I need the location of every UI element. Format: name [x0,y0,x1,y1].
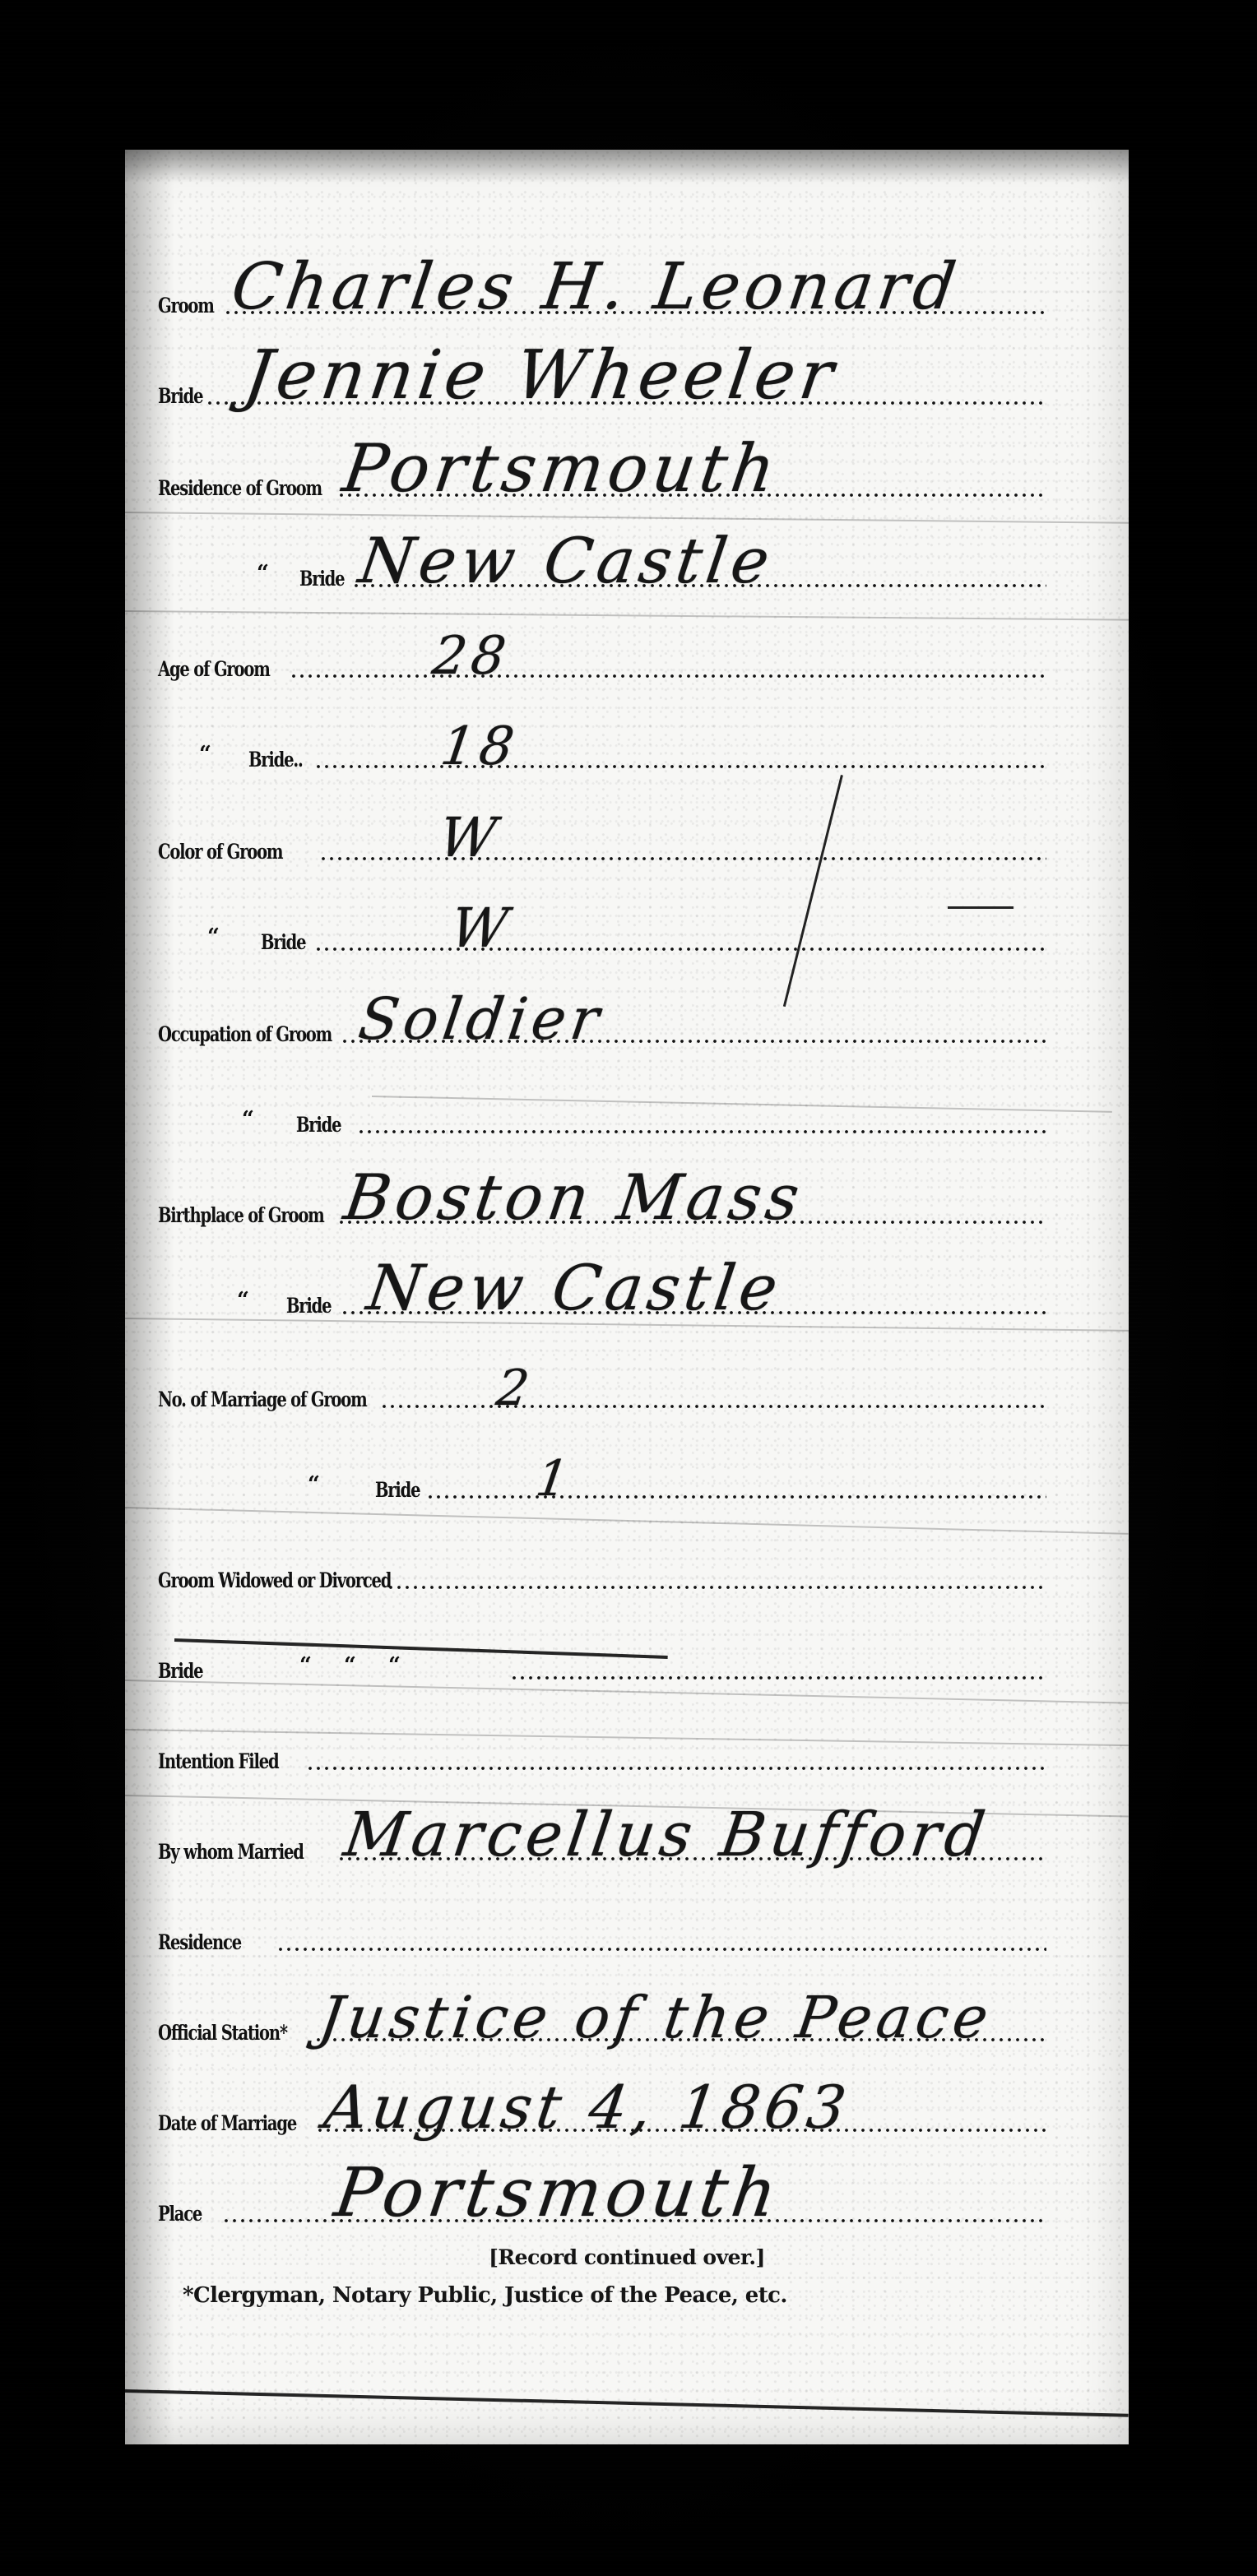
ditto-mark: “ [207,924,220,949]
scan-streak [125,512,1129,524]
ditto-mark: “ [308,1472,320,1497]
marriage-record-card: Groom Charles H. Leonard Bride Jennie Wh… [125,150,1129,2444]
field-row-residence-groom: Residence of Groom Portsmouth [125,454,1129,503]
field-value-color-groom: W [436,811,504,865]
field-value-residence-groom: Portsmouth [339,436,784,502]
field-row-date-of-marriage: Date of Marriage August 4, 1863 [125,2089,1129,2138]
field-value-place: Portsmouth [331,2160,786,2227]
ditto-mark: “ [242,1107,254,1132]
dotted-line [306,1767,1046,1770]
field-row-birthplace-groom: Birthplace of Groom Boston Mass [125,1181,1129,1230]
official-station-footnote: *Clergyman, Notary Public, Justice of th… [183,2283,787,2308]
dotted-line [319,857,1046,860]
field-label: Groom [158,294,214,317]
dotted-line [387,1586,1046,1589]
field-value-occupation-groom: Soldier [355,990,607,1048]
field-label: Official Station* [158,2021,287,2045]
field-label: Bride [261,930,305,954]
field-row-bride: Bride Jennie Wheeler [125,362,1129,411]
field-label: Residence of Groom [158,476,322,500]
dotted-line [276,1948,1046,1951]
ditto-mark: “ [199,742,211,767]
field-value-birthplace-groom: Boston Mass [341,1166,808,1229]
field-row-age-bride: “ Bride.. 18 [125,725,1129,775]
field-label: Groom Widowed or Divorced [158,1568,391,1592]
dotted-line [357,1130,1046,1133]
field-row-residence-bride: “ Bride New Castle [125,544,1129,594]
field-value-marriage-number-groom: 2 [494,1364,537,1413]
field-value-age-bride: 18 [438,720,522,773]
field-row-marriage-number-groom: No. of Marriage of Groom 2 [125,1365,1129,1415]
ditto-mark: “ “ “ [299,1653,401,1678]
field-value-color-bride: W [448,901,516,956]
field-value-residence-bride: New Castle [355,530,778,592]
dotted-line [380,1405,1046,1408]
field-label: Bride [299,567,344,591]
field-row-occupation-bride: “ Bride [125,1091,1129,1140]
dotted-line [426,1495,1046,1499]
field-row-official-station: Official Station* Justice of the Peace [125,1999,1129,2048]
dotted-line [290,674,1046,678]
field-label: Bride [375,1478,420,1502]
field-row-bride-widowed-divorced: Bride “ “ “ [125,1637,1129,1686]
field-row-groom-widowed-divorced: Groom Widowed or Divorced [125,1546,1129,1596]
field-label: Occupation of Groom [158,1022,332,1046]
field-label: Bride.. [248,748,303,771]
field-row-age-groom: Age of Groom 28 [125,635,1129,684]
field-label: No. of Marriage of Groom [158,1388,367,1411]
field-row-place: Place Portsmouth [125,2180,1129,2229]
field-row-by-whom-married: By whom Married Marcellus Bufford [125,1818,1129,1867]
dotted-line [314,765,1046,768]
field-row-marriage-number-bride: “ Bride 1 [125,1456,1129,1505]
field-row-occupation-groom: Occupation of Groom Soldier [125,1000,1129,1049]
scan-streak [125,610,1129,621]
field-row-color-bride: “ Bride W [125,908,1129,957]
scan-streak [125,1507,1129,1535]
field-value-marriage-number-bride: 1 [533,1454,577,1503]
ditto-mark: “ [257,561,269,586]
scan-streak [125,2389,1129,2417]
field-value-bride: Jennie Wheeler [240,342,842,410]
field-label: Date of Marriage [158,2111,296,2135]
field-label: Birthplace of Groom [158,1203,324,1227]
field-label: By whom Married [158,1840,304,1864]
pen-stroke-mark [783,775,843,1007]
paper-top-shadow [125,150,1129,183]
field-label: Place [158,2202,202,2226]
dotted-line [510,1676,1046,1679]
field-row-officiant-residence: Residence [125,1908,1129,1957]
field-row-birthplace-bride: “ Bride New Castle [125,1272,1129,1321]
field-label: Color of Groom [158,840,282,864]
field-label: Bride [158,384,202,408]
field-value-date-of-marriage: August 4, 1863 [321,2078,855,2137]
field-value-by-whom-married: Marcellus Bufford [341,1805,994,1865]
field-value-birthplace-bride: New Castle [364,1257,786,1319]
field-label: Residence [158,1930,241,1954]
field-value-official-station: Justice of the Peace [316,1989,996,2046]
field-value-age-groom: 28 [429,630,513,683]
field-label: Bride [158,1659,202,1683]
ditto-mark: “ [237,1288,249,1313]
field-label: Bride [286,1294,331,1318]
record-continued-note: [Record continued over.] [125,2245,1129,2269]
field-label: Intention Filed [158,1749,278,1773]
field-label: Bride [296,1113,341,1137]
dotted-line [314,947,1046,951]
field-value-groom: Charles H. Leonard [228,255,964,319]
field-row-intention-filed: Intention Filed [125,1727,1129,1777]
field-row-groom: Groom Charles H. Leonard [125,271,1129,321]
field-label: Age of Groom [158,657,270,681]
field-row-color-groom: Color of Groom W [125,818,1129,867]
